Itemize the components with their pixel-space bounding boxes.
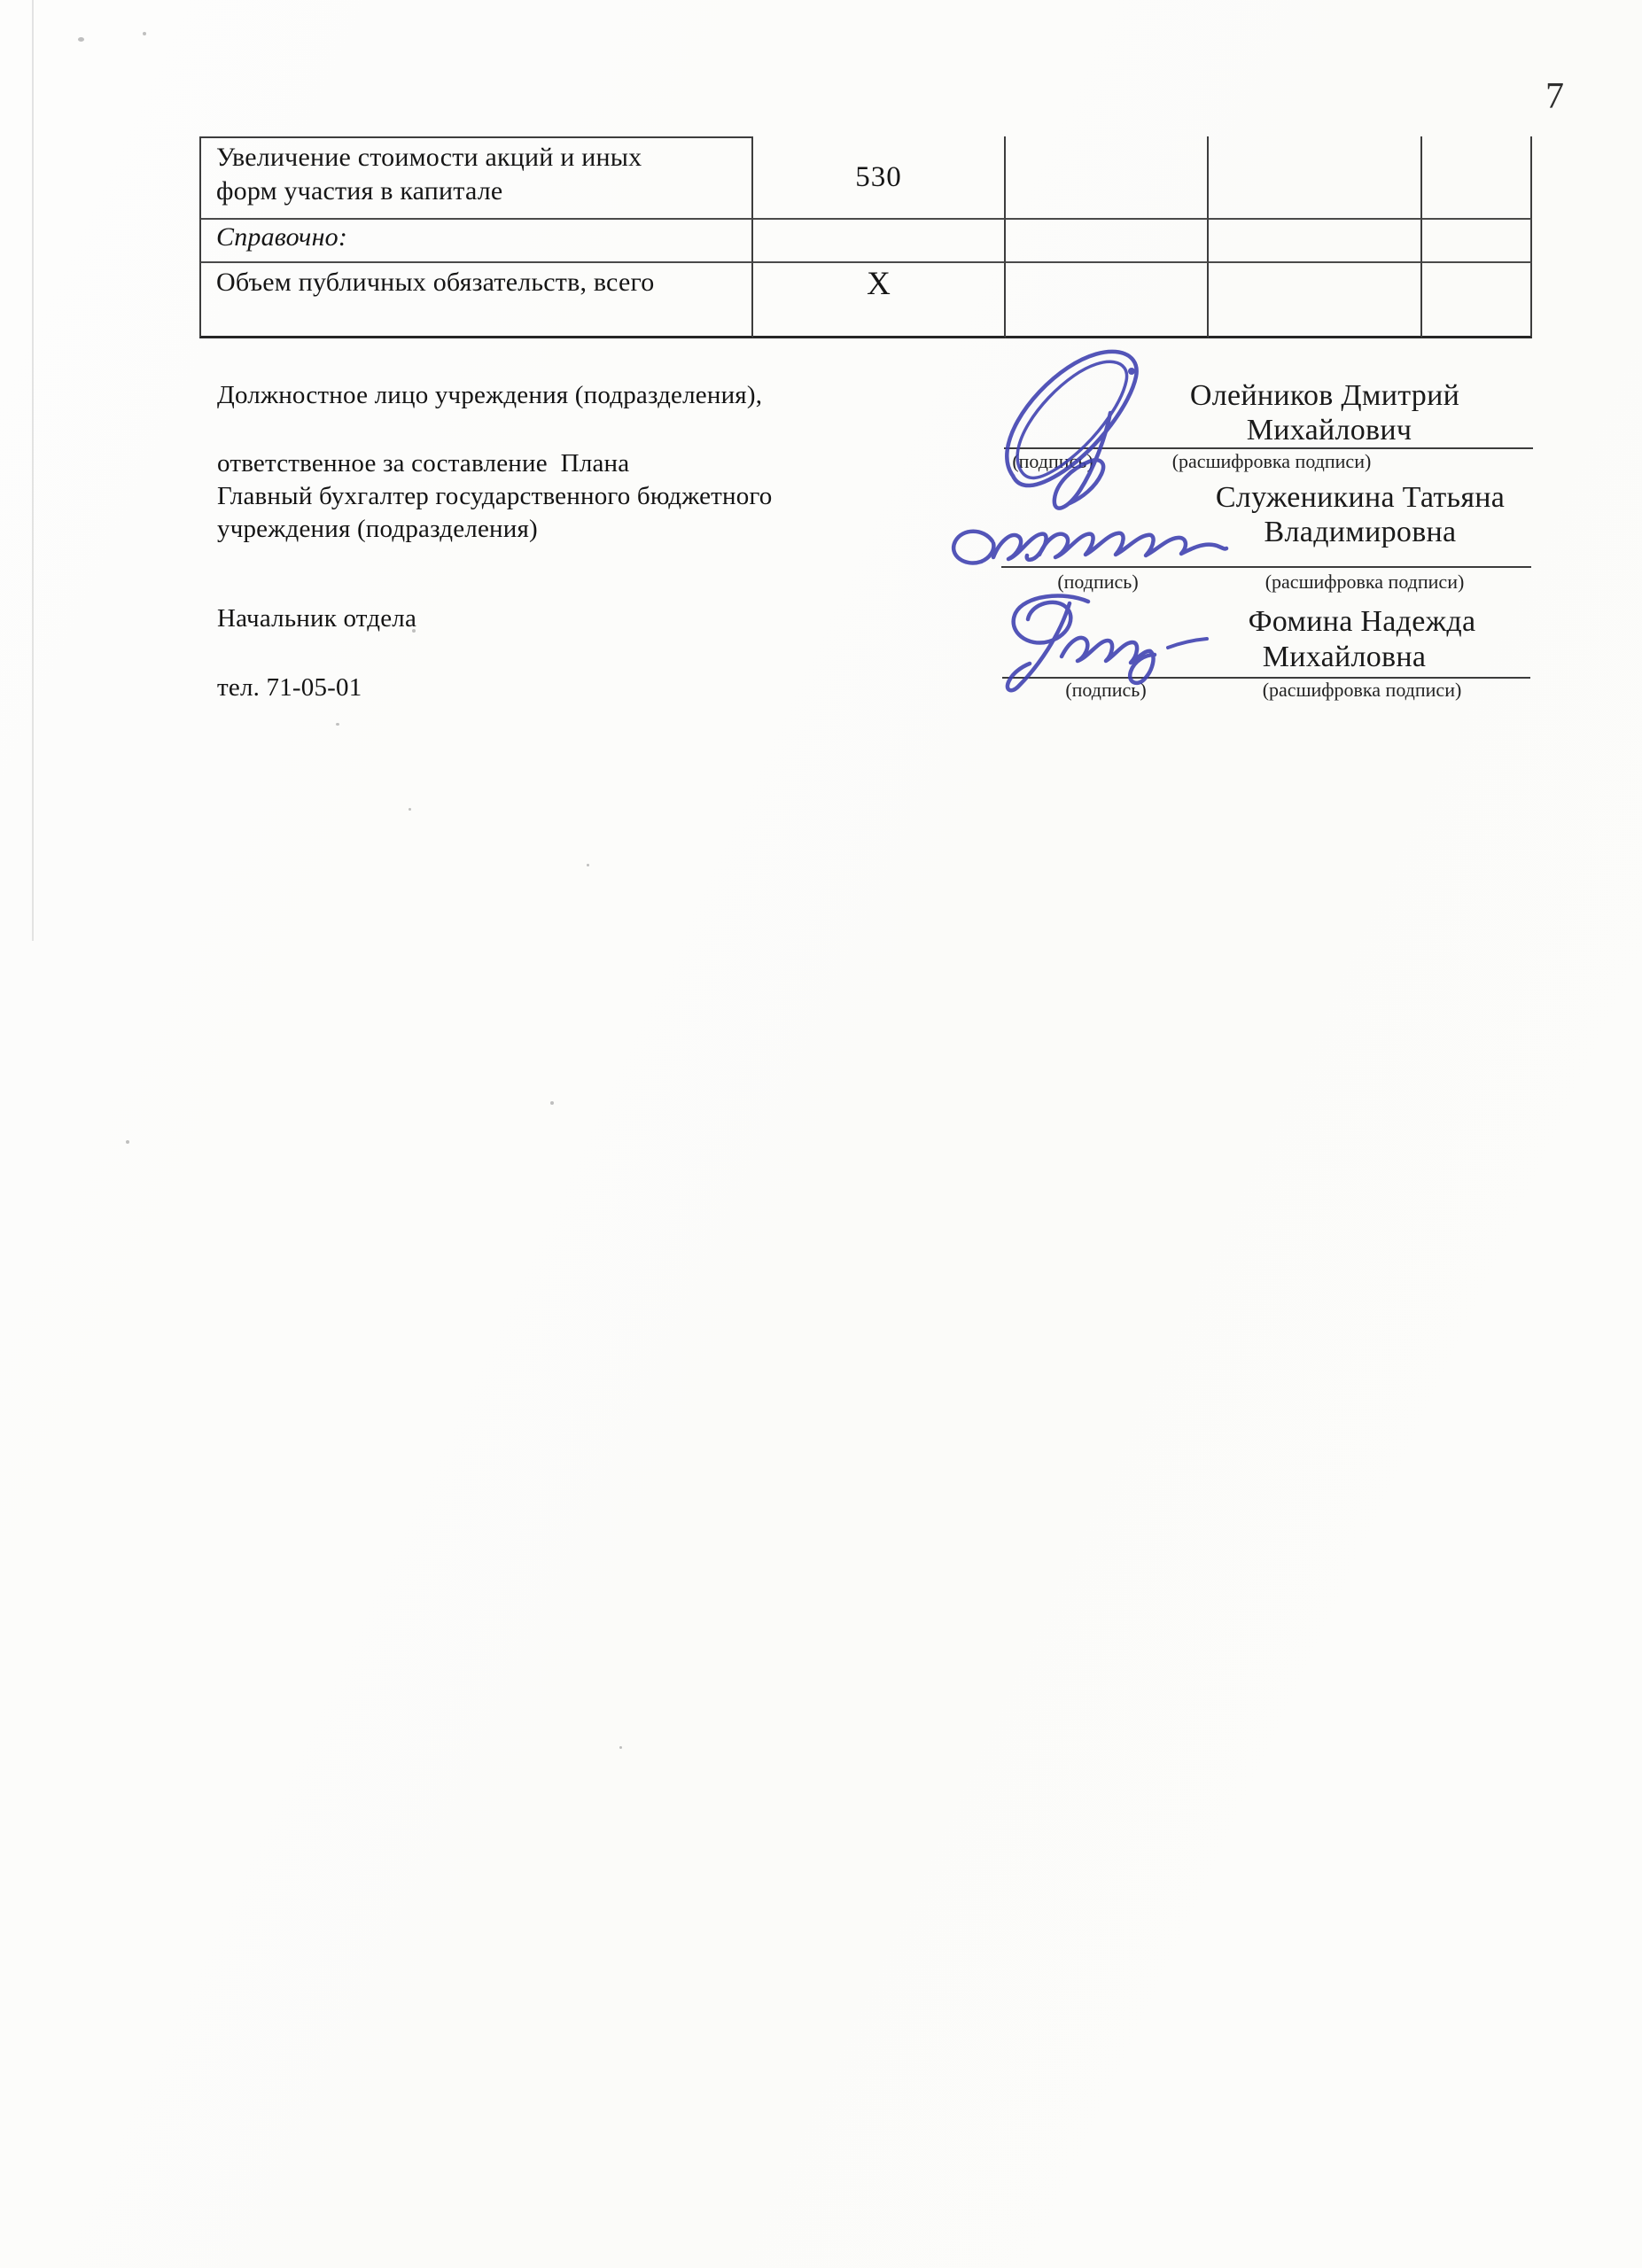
signatory2-name-line2: Владимировна [1265, 515, 1457, 550]
table-cell-empty [1006, 136, 1209, 220]
decode-caption-2: (расшифровка подписи) [1265, 571, 1465, 594]
signatory2-name-line1: Служеникина Татьяна [1216, 480, 1505, 516]
scan-speck [143, 32, 146, 35]
budget-table: Увеличение стоимости акций и иных форм у… [199, 136, 1532, 338]
role-department-head: Начальник отдела [217, 602, 416, 635]
sign-caption-2: (подпись) [1057, 571, 1138, 594]
table-cell-empty [1209, 220, 1422, 263]
scan-speck [550, 1101, 554, 1105]
table-cell-row2-label: Справочно: [199, 220, 753, 263]
table-cell-row3-label: Объем публичных обязательств, всего [199, 263, 753, 338]
document-page: 7 Увеличение стоимости акций и иных форм… [0, 0, 1642, 2268]
signatory1-name-line1: Олейников Дмитрий [1190, 378, 1459, 414]
scan-speck [409, 808, 411, 811]
decode-caption-1: (расшифровка подписи) [1172, 450, 1372, 473]
scan-edge-line [32, 0, 34, 941]
phone-number: тел. 71-05-01 [217, 672, 362, 704]
signature-sluzhenikina [953, 532, 1226, 563]
signatures-overlay [0, 0, 1642, 2268]
row2-label: Справочно: [201, 220, 751, 254]
signatory1-name-line2: Михайлович [1247, 413, 1412, 448]
row1-label-line2: форм участия в капитале [216, 175, 739, 208]
table-cell-row1-label: Увеличение стоимости акций и иных форм у… [199, 136, 753, 220]
role-official-line2: ответственное за составление Плана [217, 447, 629, 480]
table-cell-row3-code: Х [753, 263, 1006, 338]
table-cell-empty [1422, 263, 1532, 338]
scan-speck [336, 723, 339, 726]
scan-speck [619, 1746, 622, 1749]
row1-label-line1: Увеличение стоимости акций и иных [216, 141, 739, 175]
table-cell-empty [1209, 136, 1422, 220]
table-cell-empty [753, 220, 1006, 263]
table-cell-row1-code: 530 [753, 136, 1006, 220]
table-cell-empty [1422, 136, 1532, 220]
table-cell-empty [1422, 220, 1532, 263]
table-cell-empty [1209, 263, 1422, 338]
signatory3-name-line2: Михайловна [1263, 640, 1427, 675]
role-accountant-line1: Главный бухгалтер государственного бюдже… [217, 480, 773, 513]
table-cell-empty [1006, 263, 1209, 338]
page-number: 7 [1545, 76, 1564, 117]
signature-line-1 [1004, 447, 1533, 449]
role-official-line1: Должностное лицо учреждения (подразделен… [217, 379, 762, 412]
scan-speck [126, 1140, 129, 1144]
sign-caption-1: (подпись) [1012, 450, 1093, 473]
decode-caption-3: (расшифровка подписи) [1263, 679, 1462, 702]
table-cell-empty [1006, 220, 1209, 263]
signatory3-name-line1: Фомина Надежда [1249, 604, 1476, 640]
row3-label: Объем публичных обязательств, всего [201, 263, 751, 299]
signature-line-2 [1001, 566, 1531, 568]
scan-speck [587, 864, 589, 866]
role-accountant-line2: учреждения (подразделения) [217, 513, 538, 546]
sign-caption-3: (подпись) [1065, 679, 1146, 702]
scan-speck [78, 37, 84, 42]
signature-oleynikov [1007, 352, 1136, 509]
